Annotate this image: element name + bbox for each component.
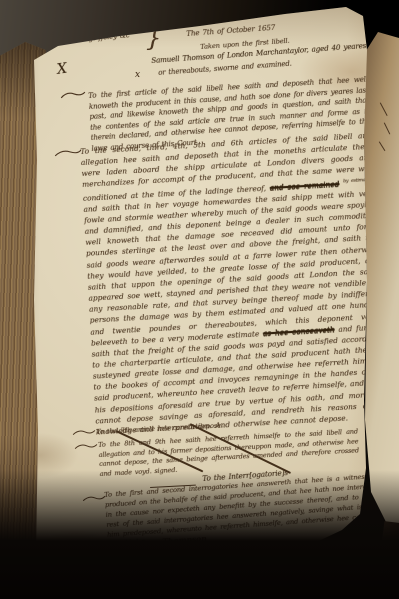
paragraph-flourish-icon xyxy=(60,89,87,100)
facing-page-pen-stroke xyxy=(378,141,385,151)
answer-articles-2-6: To the second, third, 4th, 5th and 6th a… xyxy=(80,130,388,438)
facing-page-pen-stroke xyxy=(379,102,387,116)
margin-cross-mark-large: X xyxy=(56,61,68,78)
facing-page-pen-stroke xyxy=(383,122,390,134)
margin-cross-mark-small: x xyxy=(135,70,140,80)
paragraph-flourish-icon xyxy=(74,441,98,450)
photo-backdrop-bottom xyxy=(0,470,399,599)
paragraph-flourish-icon xyxy=(54,147,83,158)
answer-text: and saith that in her voyage homewardes … xyxy=(83,188,382,347)
paragraph-flourish-icon xyxy=(72,427,96,436)
